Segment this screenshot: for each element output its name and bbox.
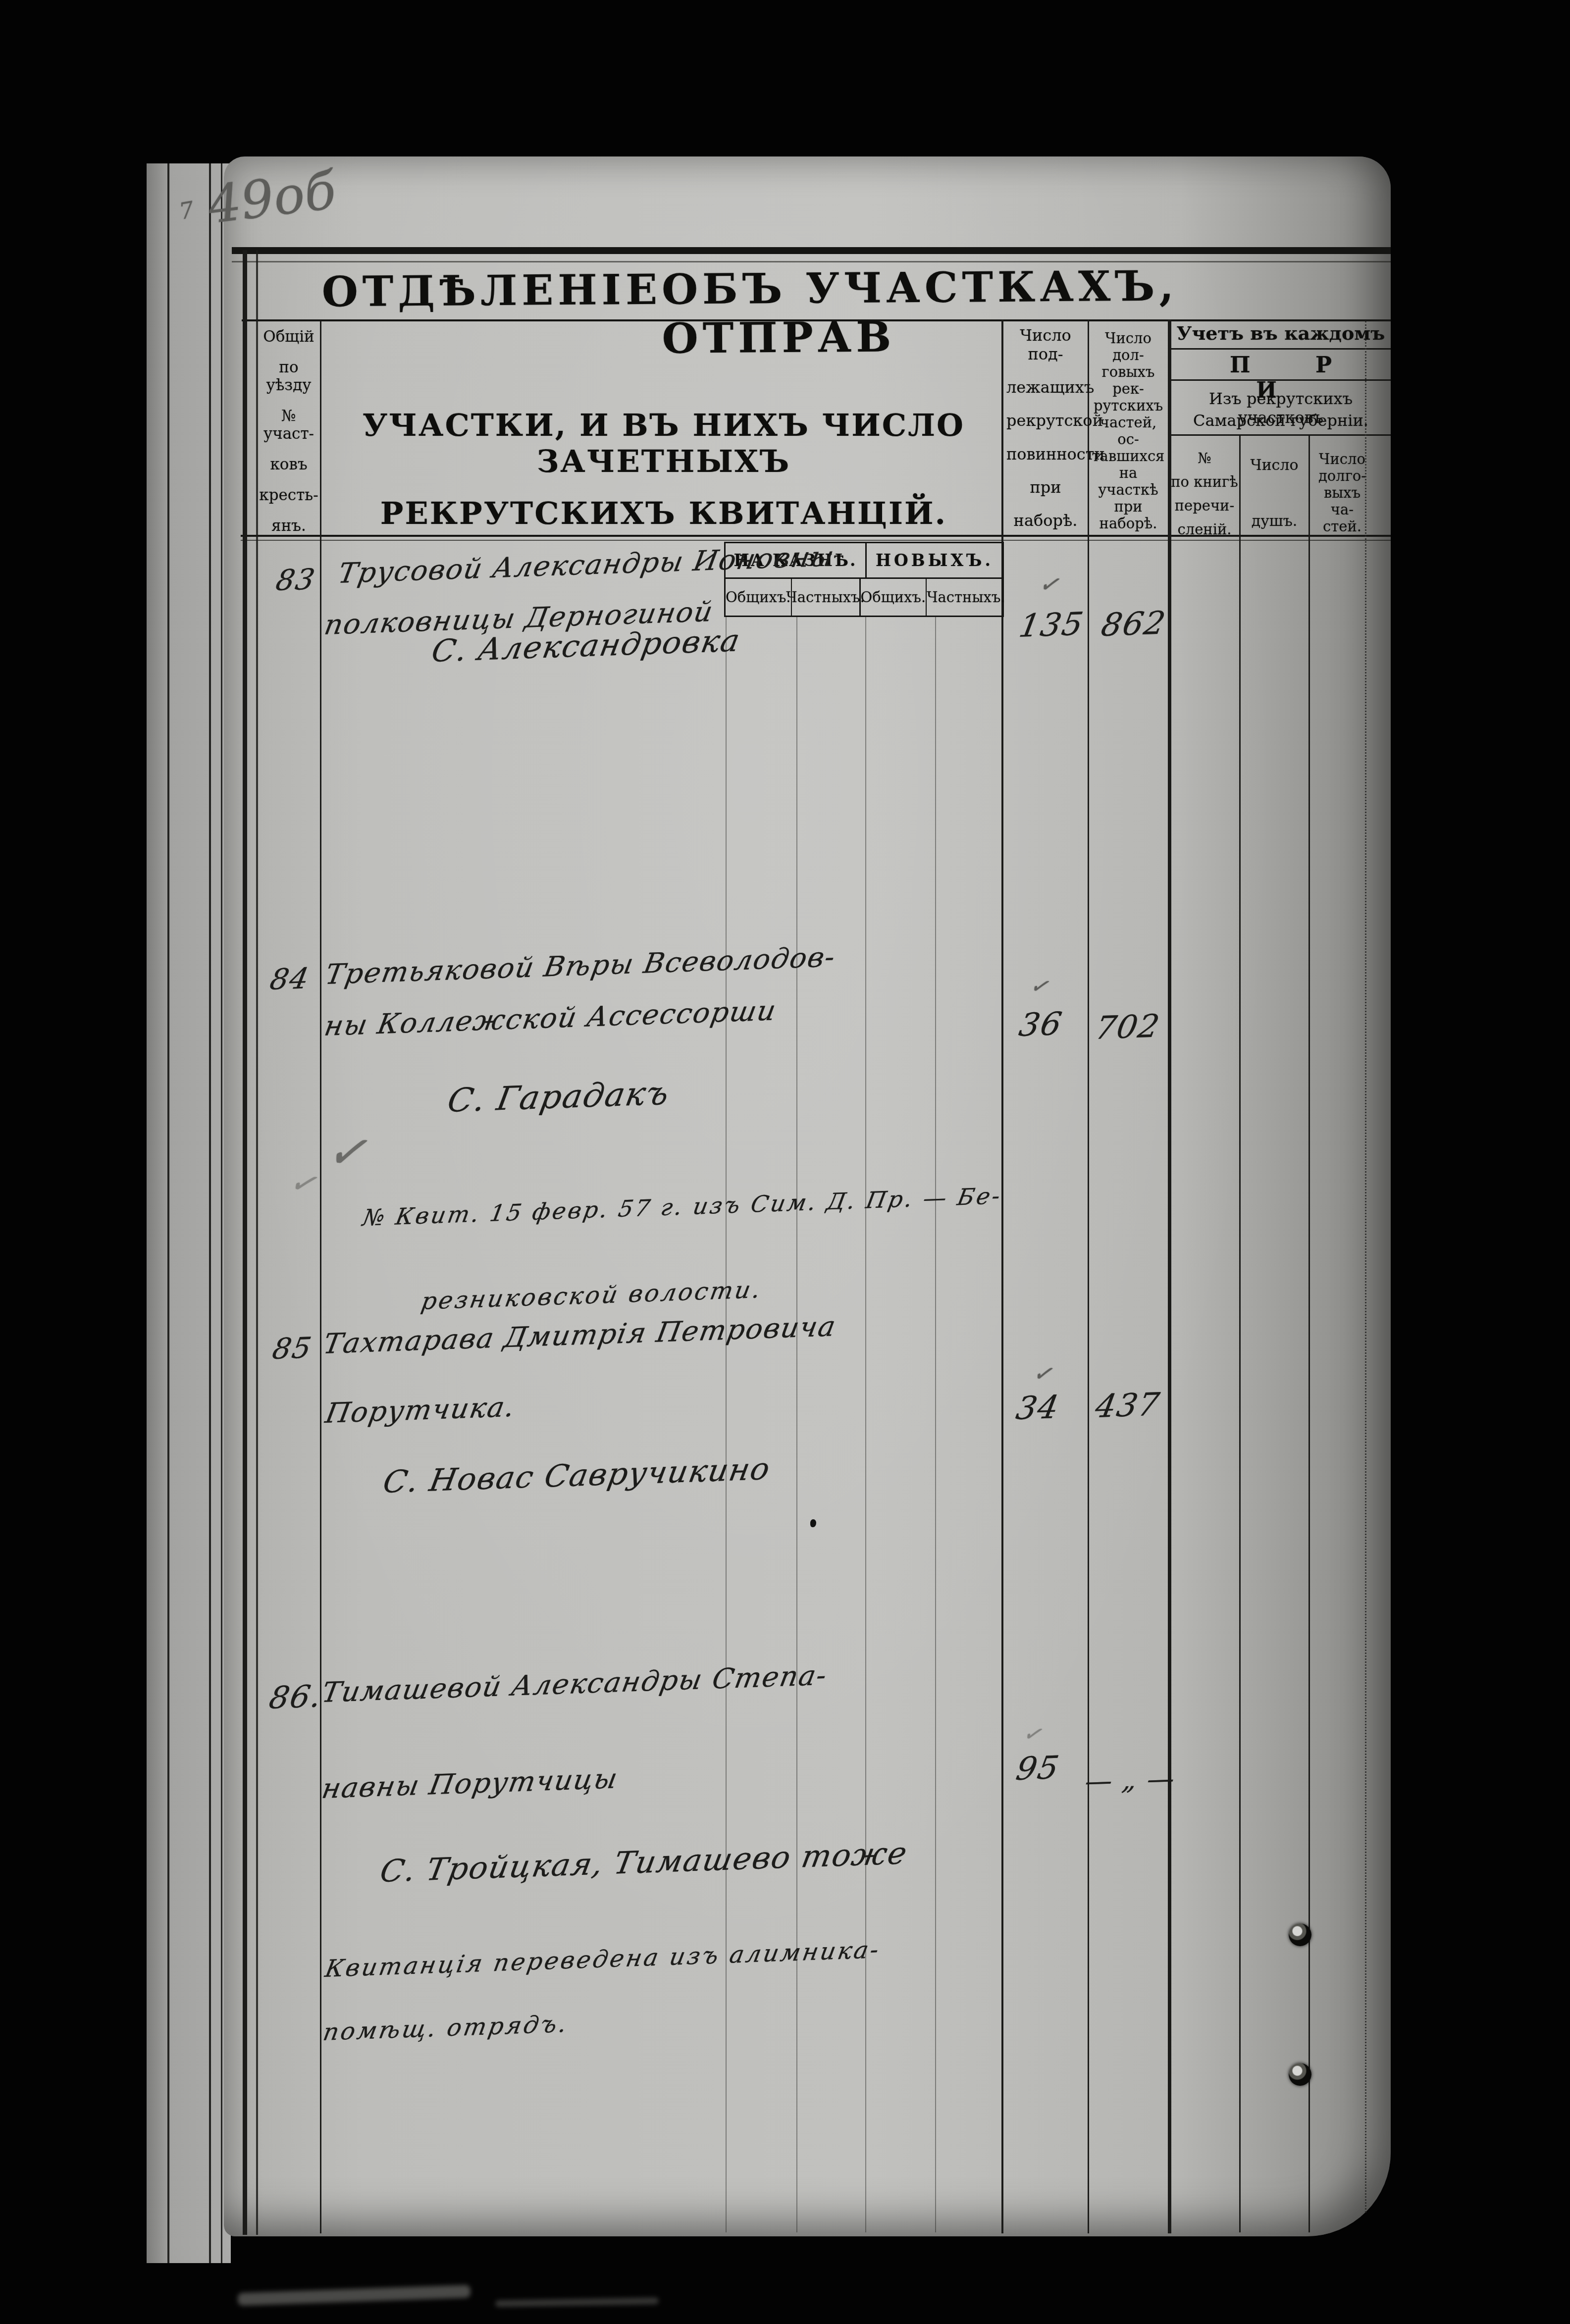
- header-line: ковъ: [258, 456, 320, 473]
- header-line: по уѣзду: [258, 359, 320, 394]
- subheader-obshchikh-1: Общихъ.: [726, 579, 792, 616]
- table-rule: [1088, 319, 1089, 2233]
- underlying-page-edges: [147, 163, 231, 2263]
- pencil-checkmark: ✓: [1037, 569, 1061, 599]
- row-number: 85: [270, 1331, 314, 1366]
- table-rule: [865, 617, 866, 2232]
- header-line: тавшихся: [1091, 448, 1166, 465]
- section-title: ОТДѢЛЕНІЕ ОБЪ УЧАСТКАХЪ, ОТПРАВ: [321, 260, 1376, 365]
- scanned-register-page: 49об 7 ОТДѢЛЕНІЕ ОБЪ УЧАСТКАХЪ, ОТПРАВ: [0, 0, 1570, 2324]
- header-line: №: [1171, 450, 1238, 466]
- header-line: лежащихъ: [1006, 378, 1085, 397]
- subheader-obshchikh-2: Общихъ.: [861, 579, 927, 616]
- column-header-dolgovykh: Число дол- говыхъ рек- рутскихъ частей, …: [1091, 330, 1166, 528]
- header-line: при: [1091, 498, 1166, 515]
- column-header-podlezhashchikh: Число под- лежащихъ рекрутской повинност…: [1006, 326, 1085, 530]
- table-rule: [935, 617, 936, 2232]
- header-line: Число дол-: [1091, 330, 1166, 363]
- row-num-podlezhashchikh: 36: [1016, 1006, 1065, 1044]
- header-line: рутскихъ: [1091, 397, 1166, 414]
- table-rule: [796, 617, 797, 2232]
- header-line: сленій.: [1171, 521, 1238, 538]
- uchet-subtitle-line2: Самарской губерніи.: [1172, 411, 1390, 430]
- header-line: долго-: [1310, 467, 1374, 484]
- header-line: наборѣ.: [1091, 515, 1166, 532]
- subheader-chastnykh-2: Частныхъ.: [927, 579, 1005, 616]
- subheader-chastnykh-1: Частныхъ.: [792, 579, 861, 616]
- header-line: рекрутской: [1006, 411, 1085, 430]
- table-rule: [1308, 436, 1310, 2232]
- header-line: кресть-: [258, 486, 320, 504]
- row-name-line: Порутчика.: [323, 1391, 518, 1430]
- header-line: стей.: [1310, 518, 1374, 535]
- row-num-dolgovykh: — „ —: [1083, 1763, 1178, 1797]
- section-title-left: ОТДѢЛЕНІЕ: [321, 265, 662, 365]
- row-num-dolgovykh: 437: [1093, 1387, 1163, 1425]
- row-village: С. Гарадакъ: [445, 1074, 673, 1120]
- pencil-checkmark: ✓: [324, 1122, 369, 1182]
- row-num-podlezhashchikh: 95: [1013, 1750, 1062, 1788]
- header-line: № участ-: [258, 407, 320, 443]
- row-number: 83: [273, 562, 318, 597]
- header-line: при: [1006, 478, 1085, 497]
- table-rule: [256, 250, 258, 2235]
- row-num-dolgovykh: 702: [1093, 1008, 1163, 1047]
- row-num-podlezhashchikh: 135: [1016, 606, 1087, 645]
- header-line: Общій: [258, 328, 320, 346]
- column-header-chislo-dolgovykh-chastey: Число долго- выхъ ча- стей.: [1310, 451, 1374, 534]
- table-rule: [1239, 436, 1241, 2232]
- scan-glare: [238, 2285, 471, 2306]
- column-header-kniga-perechisleniy: № по книгѣ перечи- сленій.: [1171, 450, 1238, 538]
- pencil-checkmark: ✓: [1031, 1359, 1054, 1388]
- header-line: говыхъ рек-: [1091, 363, 1166, 397]
- row-num-dolgovykh: 862: [1099, 605, 1169, 644]
- header-line: частей, ос-: [1091, 414, 1166, 448]
- uchet-group-header: Учетъ въ каждомъ: [1172, 322, 1390, 344]
- table-rule: [726, 617, 727, 2232]
- binder-grommet: [1289, 1923, 1311, 1946]
- column-header-uchastki-line2: РЕКРУТСКИХЪ КВИТАНЦІЙ.: [327, 495, 1000, 531]
- table-rule: [1365, 321, 1366, 2213]
- table-rule: [320, 321, 321, 2233]
- page-edge-line: [209, 163, 211, 2263]
- header-line: выхъ ча-: [1310, 484, 1374, 518]
- table-rule: [1169, 434, 1391, 436]
- header-line: повинности: [1006, 445, 1085, 464]
- table-rule: [241, 540, 1391, 541]
- header-line: Число: [1241, 457, 1308, 474]
- row-num-podlezhashchikh: 34: [1013, 1389, 1062, 1427]
- header-line: на участкѣ: [1091, 465, 1166, 498]
- header-line: наборѣ.: [1006, 511, 1085, 530]
- binder-grommet: [1289, 2063, 1311, 2086]
- column-header-uchastki-line1: УЧАСТКИ, И ВЪ НИХЪ ЧИСЛО ЗАЧЕТНЫХЪ: [327, 407, 1000, 479]
- header-line: по книгѣ: [1171, 473, 1238, 490]
- header-line: перечи-: [1171, 497, 1238, 514]
- table-rule: [243, 250, 247, 2235]
- header-line: Число под-: [1006, 326, 1085, 363]
- header-line: душъ.: [1241, 513, 1308, 530]
- column-header-uyezd-number: Общій по уѣзду № участ- ковъ кресть- янъ…: [258, 328, 320, 535]
- header-line: Число: [1310, 451, 1374, 467]
- scan-glare: [495, 2297, 659, 2307]
- row-number: 84: [267, 961, 312, 996]
- page-edge-line: [221, 163, 222, 2263]
- table-rule: [232, 247, 1391, 254]
- header-line: янъ.: [258, 517, 320, 535]
- subheader-novykh: НОВЫХЪ.: [867, 543, 1002, 577]
- column-header-chislo-dush: Число душъ.: [1241, 457, 1308, 530]
- page-edge-line: [167, 163, 169, 2263]
- row-number: 86.: [266, 1678, 325, 1716]
